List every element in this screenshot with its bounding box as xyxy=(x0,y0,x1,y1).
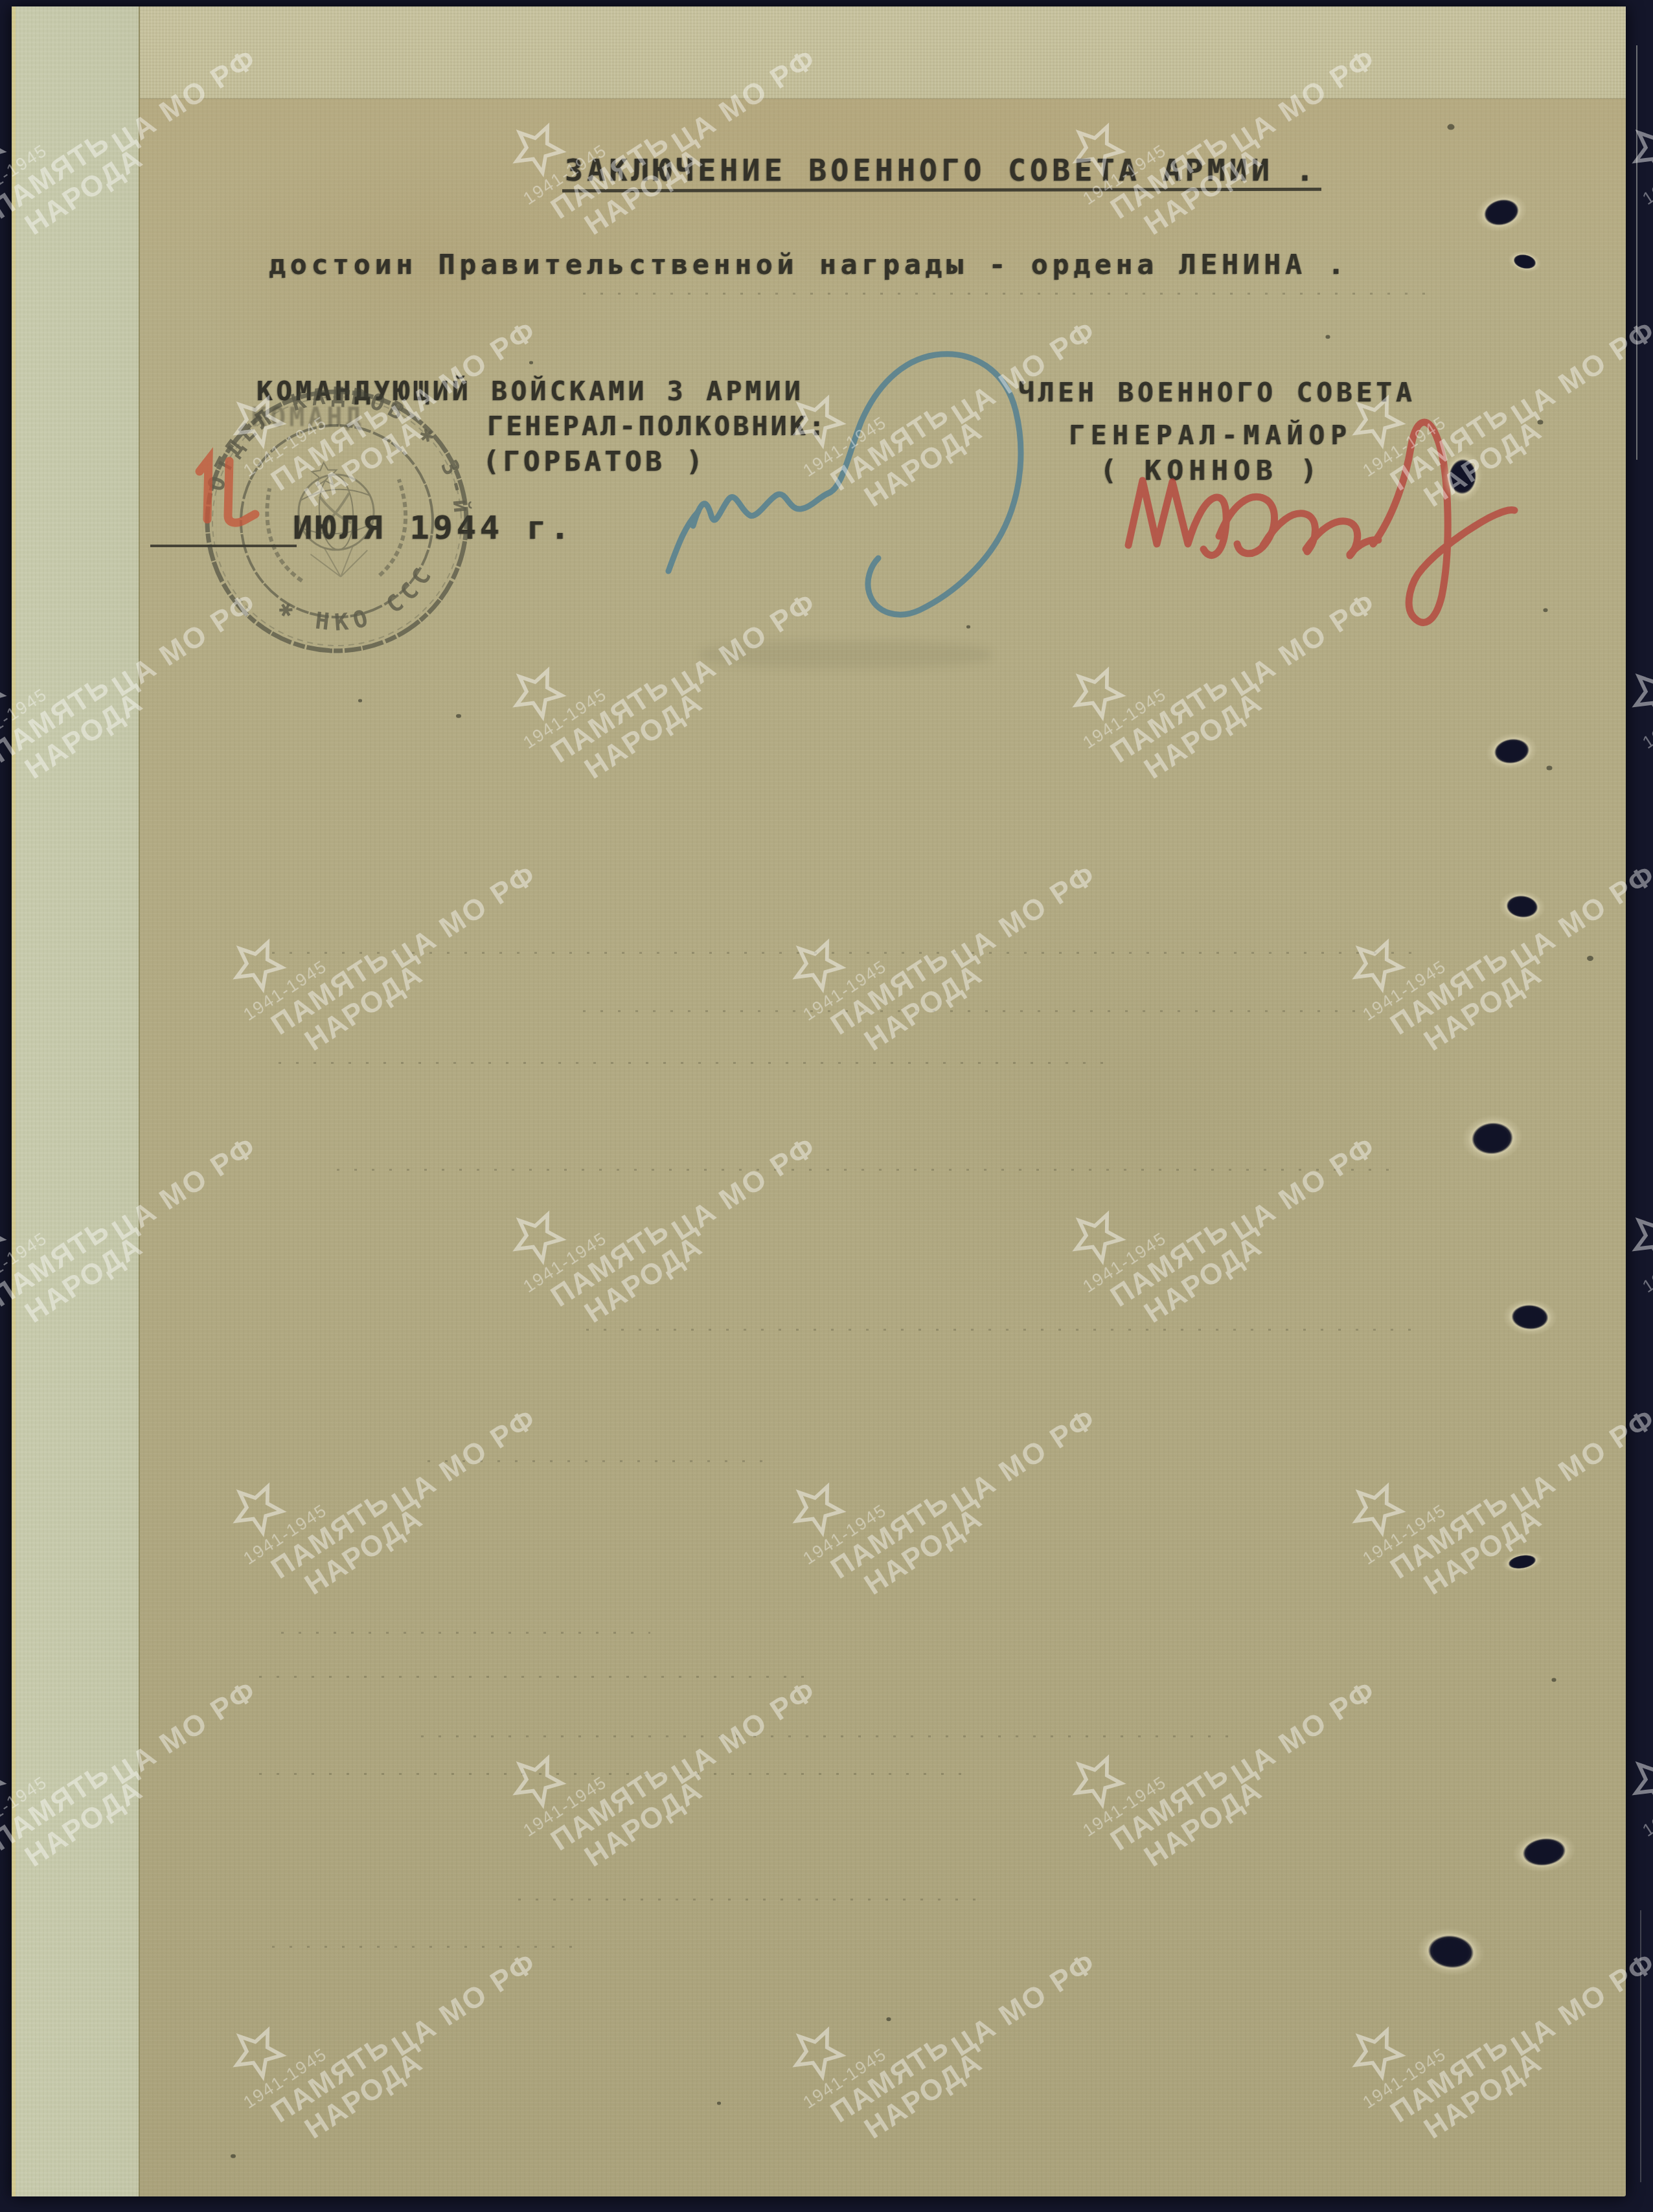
watermark-years: 1941-1945 xyxy=(1639,684,1653,753)
ink-speck xyxy=(966,626,970,629)
council-member-rank-line: ГЕНЕРАЛ-МАЙОР xyxy=(1069,420,1352,451)
bleed-through-text-row xyxy=(281,1632,650,1634)
ink-speck xyxy=(887,2017,891,2021)
ink-speck xyxy=(1544,608,1548,612)
ink-speck xyxy=(1326,335,1330,339)
watermark-star-icon xyxy=(0,1748,8,1811)
ink-speck xyxy=(717,2102,721,2105)
ink-speck xyxy=(1448,124,1455,130)
award-conclusion-line: достоин Правительственной награды - орде… xyxy=(269,249,1349,281)
commander-name-line: (ГОРБАТОВ ) xyxy=(483,446,706,478)
bleed-through-text-row xyxy=(427,1460,764,1462)
bleed-through-text-row xyxy=(586,1329,1412,1331)
stamp-emblem xyxy=(264,457,410,583)
scan-scratch-line xyxy=(1636,45,1637,460)
council-member-name-line: ( КОННОВ ) xyxy=(1100,455,1323,487)
scan-scratch-line xyxy=(1640,1910,1641,2182)
round-stamp: ОТДЕЛ КАДРОВ ✱ 3-й АРМИИ ✱ НКО СССР ✱ xyxy=(192,376,482,666)
watermark-star-icon xyxy=(1623,660,1653,723)
watermark-star-icon xyxy=(0,1204,8,1267)
ink-bleed-smudge xyxy=(700,641,991,668)
scanned-document-scene: ЗАКЛЮЧЕНИЕ ВОЕННОГО СОВЕТА АРМИИ . досто… xyxy=(0,0,1653,2212)
bleed-through-text-row xyxy=(421,1735,1237,1737)
watermark-years: 1941-1945 xyxy=(1639,141,1653,209)
document-page xyxy=(12,6,1626,2196)
bleed-through-text-row xyxy=(259,1676,816,1678)
watermark-star-icon xyxy=(0,660,8,723)
council-member-title-line: ЧЛЕН ВОЕННОГО СОВЕТА xyxy=(1018,377,1416,408)
document-title: ЗАКЛЮЧЕНИЕ ВОЕННОГО СОВЕТА АРМИИ . xyxy=(565,153,1318,188)
commander-rank-line: ГЕНЕРАЛ-ПОЛКОВНИК: xyxy=(487,411,827,442)
watermark-star-icon xyxy=(0,116,8,179)
bleed-through-text-row xyxy=(272,952,1412,954)
bleed-through-text-row xyxy=(279,1062,1108,1064)
bleed-through-text-row xyxy=(583,1010,1360,1012)
watermark-star-icon xyxy=(1623,116,1653,179)
watermark-star-icon xyxy=(1623,1748,1653,1811)
bleed-through-text-row xyxy=(583,293,1425,295)
page-top-binding-band xyxy=(12,6,1626,99)
bleed-through-text-row xyxy=(272,1946,583,1948)
ink-speck xyxy=(1552,1678,1556,1682)
ink-speck xyxy=(358,699,362,703)
page-left-binding-strip xyxy=(12,6,140,2196)
ink-speck xyxy=(1587,956,1593,961)
watermark-years: 1941-1945 xyxy=(1639,1772,1653,1841)
watermark-star-icon xyxy=(1623,1204,1653,1267)
watermark-years: 1941-1945 xyxy=(1639,1228,1653,1297)
bleed-through-text-row xyxy=(259,1773,972,1775)
ink-speck xyxy=(529,361,533,365)
bleed-through-text-row xyxy=(337,1169,1393,1171)
bleed-through-text-row xyxy=(518,1899,978,1901)
